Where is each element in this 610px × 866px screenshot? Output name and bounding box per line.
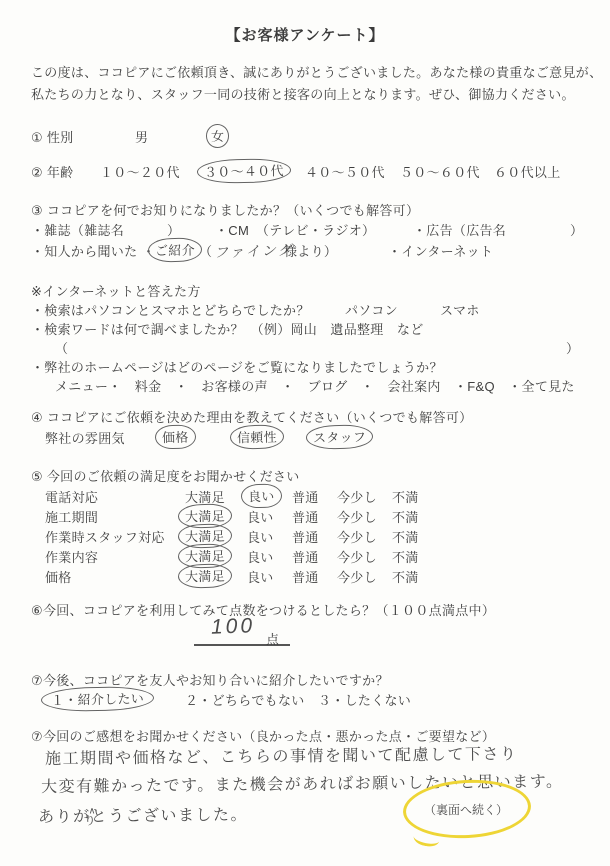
q5-price-daimanzoku-circled: 大満足 <box>178 563 232 588</box>
q6-heading: ⑥今回、ココピアを利用してみて点数をつけるとしたら？（１００点満点中） <box>31 600 495 619</box>
intro-line-1: この度は、ココピアにご依頼頂き、誠にありがとうございました。あなた様の貴重なご意… <box>31 62 602 81</box>
page-title: 【お客様アンケート】 <box>0 24 610 45</box>
q5-period-yoi: 良い <box>247 507 274 526</box>
q5-price-yoi: 良い <box>247 567 274 586</box>
q5-staff-yoi: 良い <box>247 527 274 546</box>
q7-option-recommend-circled: １・紹介したい <box>41 686 155 712</box>
survey-page: 【お客様アンケート】 この度は、ココピアにご依頼頂き、誠にありがとうございました… <box>0 0 610 866</box>
internet-device-option-smartphone: スマホ <box>440 300 480 319</box>
q5-row-staff: 作業時スタッフ対応 大満足 良い 普通 今少し 不満 <box>0 527 610 549</box>
q5-row-phone: 電話対応 大満足 良い 普通 今少し 不満 <box>0 487 610 509</box>
q5-phone-imasukoshi: 今少し <box>337 487 377 506</box>
q3-magazine-close-paren: ） <box>167 220 180 239</box>
q3-referral-open-paren: （ <box>199 241 212 260</box>
q5-phone-futsuu: 普通 <box>292 487 319 506</box>
q5-work-futsuu: 普通 <box>292 547 319 566</box>
keyword-answer-open-paren: （ <box>55 338 68 357</box>
q5-row-price: 価格 大満足 良い 普通 今少し 不満 <box>0 567 610 589</box>
keyword-answer-close-paren: ） <box>566 338 579 357</box>
q6-score-unit: 点 <box>266 629 279 648</box>
q3-ad-close-paren: ） <box>570 220 583 239</box>
q5-row-price-label: 価格 <box>45 567 72 586</box>
q5-phone-yoi-circled: 良い <box>241 484 282 509</box>
q7-heading: ⑦今後、ココピアを友人やお知り合いに紹介したいですか？ <box>31 670 389 689</box>
q5-period-imasukoshi: 今少し <box>337 507 377 526</box>
q2-option-50-60: ５０～６０代 <box>400 162 480 181</box>
q4-option-staff-circled: スタッフ <box>306 424 374 449</box>
q5-price-futsuu: 普通 <box>292 567 319 586</box>
q4-options-row: 弊社の雰囲気 価格 信頼性 スタッフ <box>0 428 610 450</box>
back-page-note: （裏面へ続く） <box>424 801 508 818</box>
internet-device-option-pc: パソコン <box>345 300 398 319</box>
q1-option-male: 男 <box>135 127 148 146</box>
q3-internet: ・インターネット <box>388 241 493 260</box>
q4-option-price-circled: 価格 <box>155 425 196 450</box>
q3-cm: ・CM （テレビ・ラジオ） <box>215 220 375 239</box>
q3-ad: ・広告（広告名 <box>413 220 506 239</box>
q5-work-imasukoshi: 今少し <box>337 547 377 566</box>
q5-row-period: 施工期間 大満足 良い 普通 今少し 不満 <box>0 507 610 529</box>
q5-row-period-label: 施工期間 <box>45 507 98 526</box>
internet-page-question: ・弊社のホームページはどのページをご覧になりましたでしょうか？ <box>31 357 443 376</box>
q7-option-neither: ２・どちらでもない <box>185 690 305 709</box>
q6-score-handwritten: 100 <box>211 614 256 640</box>
q5-period-futsuu: 普通 <box>292 507 319 526</box>
q5-phone-fuman: 不満 <box>392 487 419 506</box>
q8-comment-line-1: 施工期間や価格など、こちらの事情を聞いて配慮して下さり <box>45 741 518 769</box>
q5-heading: ⑤ 今回のご依頼の満足度をお聞かせください <box>31 466 300 485</box>
internet-keyword-question: ・検索ワードは何で調べましたか？ （例）岡山 遺品整理 など <box>31 319 424 338</box>
q1-gender-row: ① 性別 男 女 <box>0 127 610 149</box>
q5-staff-imasukoshi: 今少し <box>337 527 377 546</box>
q5-row-work: 作業内容 大満足 良い 普通 今少し 不満 <box>0 547 610 569</box>
q2-label: ② 年齢 <box>31 162 73 181</box>
internet-section-heading: ※インターネットと答えた方 <box>31 281 201 300</box>
q5-price-imasukoshi: 今少し <box>337 567 377 586</box>
q5-row-work-label: 作業内容 <box>45 547 98 566</box>
q4-option-atmosphere: 弊社の雰囲気 <box>45 428 125 447</box>
q4-option-reliability-circled: 信頼性 <box>230 424 284 449</box>
q4-heading: ④ ココピアにご依頼を決めた理由を教えてください（いくつでも解答可） <box>31 407 472 426</box>
q3-sources-row-2: ・知人から聞いた ・ ご紹介 （ ファイング 様より） ・インターネット <box>0 241 610 263</box>
q3-referral-name-handwritten: ファイング <box>214 240 294 263</box>
q3-heading: ③ ココピアを何でお知りになりましたか？（いくつでも解答可） <box>31 200 419 219</box>
q3-referral-suffix: 様より） <box>284 241 337 260</box>
q2-option-10-20: １０～２０代 <box>100 162 180 181</box>
q3-referral-circled: ご紹介 <box>148 237 202 262</box>
q3-friend: ・知人から聞いた <box>31 241 137 260</box>
q5-staff-fuman: 不満 <box>392 527 419 546</box>
q2-option-30-40-circled: ３０～４０代 <box>197 158 291 184</box>
q5-work-fuman: 不満 <box>392 547 419 566</box>
q7-option-no: ３・したくない <box>318 690 411 709</box>
intro-line-2: 私たちの力となり、スタッフ一同の技術と接客の向上となります。ぜひ、御協力ください… <box>31 84 575 103</box>
q5-row-phone-label: 電話対応 <box>45 487 98 506</box>
q1-label: ① 性別 <box>31 127 73 146</box>
q2-age-row: ② 年齢 １０～２０代 ３０～４０代 ４０～５０代 ５０～６０代 ６０代以上 <box>0 162 610 184</box>
internet-page-options: メニュー・ 料金 ・ お客様の声 ・ ブログ ・ 会社案内 ・F&Q ・全て見た <box>55 376 575 395</box>
q3-magazine: ・雑誌（雑誌名 <box>31 220 124 239</box>
q3-sources-row-1: ・雑誌（雑誌名 ） ・CM （テレビ・ラジオ） ・広告（広告名 ） <box>0 220 610 242</box>
q2-option-60plus: ６０代以上 <box>494 162 561 181</box>
q1-option-female-circled: 女 <box>206 124 230 148</box>
q5-period-fuman: 不満 <box>392 507 419 526</box>
q5-work-yoi: 良い <box>247 547 274 566</box>
q5-row-staff-label: 作業時スタッフ対応 <box>45 527 165 546</box>
q5-staff-futsuu: 普通 <box>292 527 319 546</box>
q8-comment-line-3: ありがとうございました。 <box>38 802 248 827</box>
q2-option-40-50: ４０～５０代 <box>305 162 385 181</box>
q7-options-row: １・紹介したい ２・どちらでもない ３・したくない <box>0 690 610 712</box>
q5-price-fuman: 不満 <box>392 567 419 586</box>
q8-comment-line-2-before: 大変有 <box>41 778 94 796</box>
internet-device-question: ・検索はパソコンとスマホとどちらでしたか？ <box>31 300 310 319</box>
